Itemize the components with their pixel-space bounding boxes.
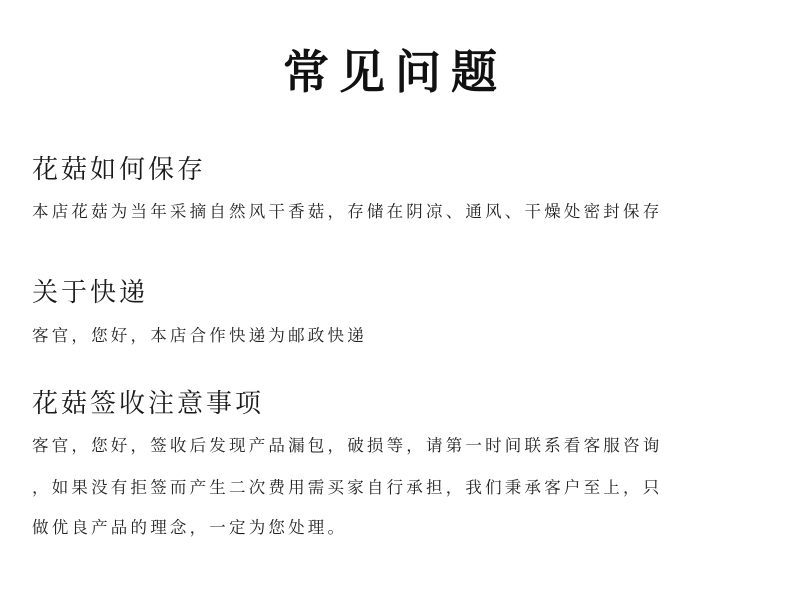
- page-title: 常见问题: [0, 36, 790, 102]
- faq-answer-delivery-line-1: 客官，您好，本店合作快递为邮政快递: [32, 328, 367, 345]
- faq-heading-storage: 花菇如何保存: [32, 157, 206, 183]
- faq-answer-storage-line-1: 本店花菇为当年采摘自然风干香菇，存储在阴凉、通风、干燥处密封保存: [32, 204, 662, 221]
- faq-answer-signing-line-1: 客官，您好，签收后发现产品漏包，破损等，请第一时间联系看客服咨询: [32, 438, 662, 455]
- faq-heading-signing: 花菇签收注意事项: [32, 391, 264, 417]
- faq-heading-delivery: 关于快递: [32, 280, 148, 306]
- faq-answer-signing-line-2: ，如果没有拒签而产生二次费用需买家自行承担，我们秉承客户至上，只: [32, 480, 662, 497]
- faq-answer-signing-line-3: 做优良产品的理念，一定为您处理。: [32, 520, 347, 537]
